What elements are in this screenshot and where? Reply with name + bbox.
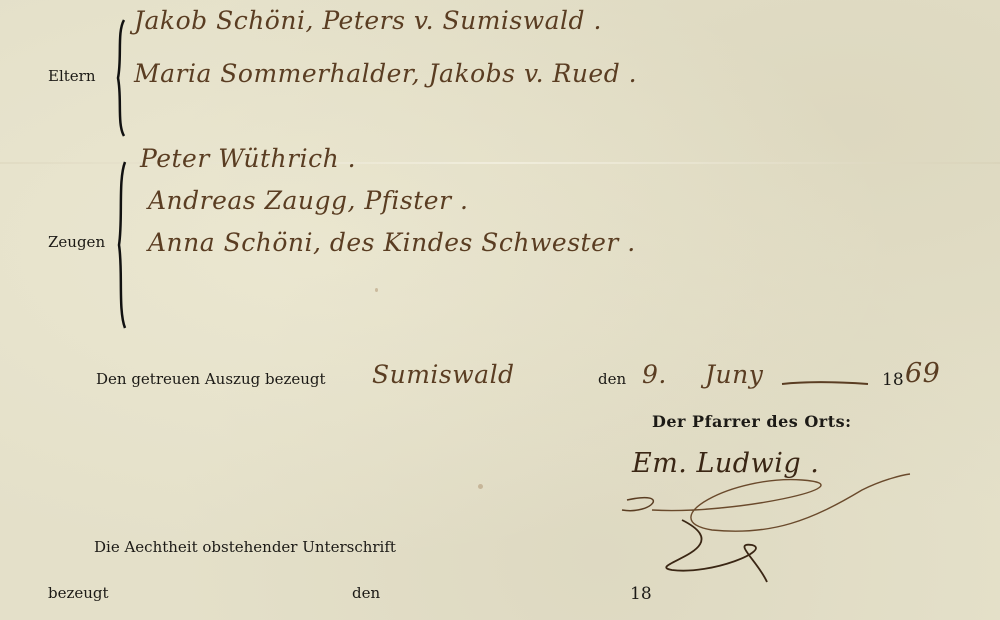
- ink-spot: [375, 288, 378, 292]
- pastor-label: Der Pfarrer des Orts:: [652, 412, 852, 431]
- authenticity-date-prefix: den: [352, 584, 380, 602]
- parents-brace-icon: [112, 18, 132, 138]
- attestation-month: Juny: [705, 360, 763, 389]
- witness-entry-1: Peter Wüthrich .: [140, 144, 356, 173]
- parents-label: Eltern: [48, 67, 95, 85]
- attestation-year-suffix: 69: [905, 358, 940, 389]
- attestation-day: 9.: [642, 360, 667, 389]
- authenticity-label: Die Aechtheit obstehender Unterschrift: [94, 538, 396, 556]
- witnesses-brace-icon: [113, 160, 133, 330]
- authenticity-year-prefix: 18: [630, 584, 652, 604]
- witnesses-label: Zeugen: [48, 233, 105, 251]
- signature-flourish: [612, 470, 912, 590]
- witness-entry-2: Andreas Zaugg, Pfister .: [148, 186, 468, 215]
- attestation-label: Den getreuen Auszug bezeugt: [96, 370, 326, 388]
- authenticity-attested-label: bezeugt: [48, 584, 109, 602]
- attestation-date-prefix: den: [598, 370, 626, 388]
- ink-spot: [478, 484, 483, 489]
- parent-entry-mother: Maria Sommerhalder, Jakobs v. Rued .: [134, 59, 637, 88]
- month-flourish: [780, 380, 870, 388]
- attestation-year-prefix: 18: [882, 370, 904, 390]
- attestation-place: Sumiswald: [372, 360, 515, 389]
- witness-entry-3: Anna Schöni, des Kindes Schwester .: [148, 228, 636, 257]
- parent-entry-father: Jakob Schöni, Peters v. Sumiswald .: [134, 6, 602, 35]
